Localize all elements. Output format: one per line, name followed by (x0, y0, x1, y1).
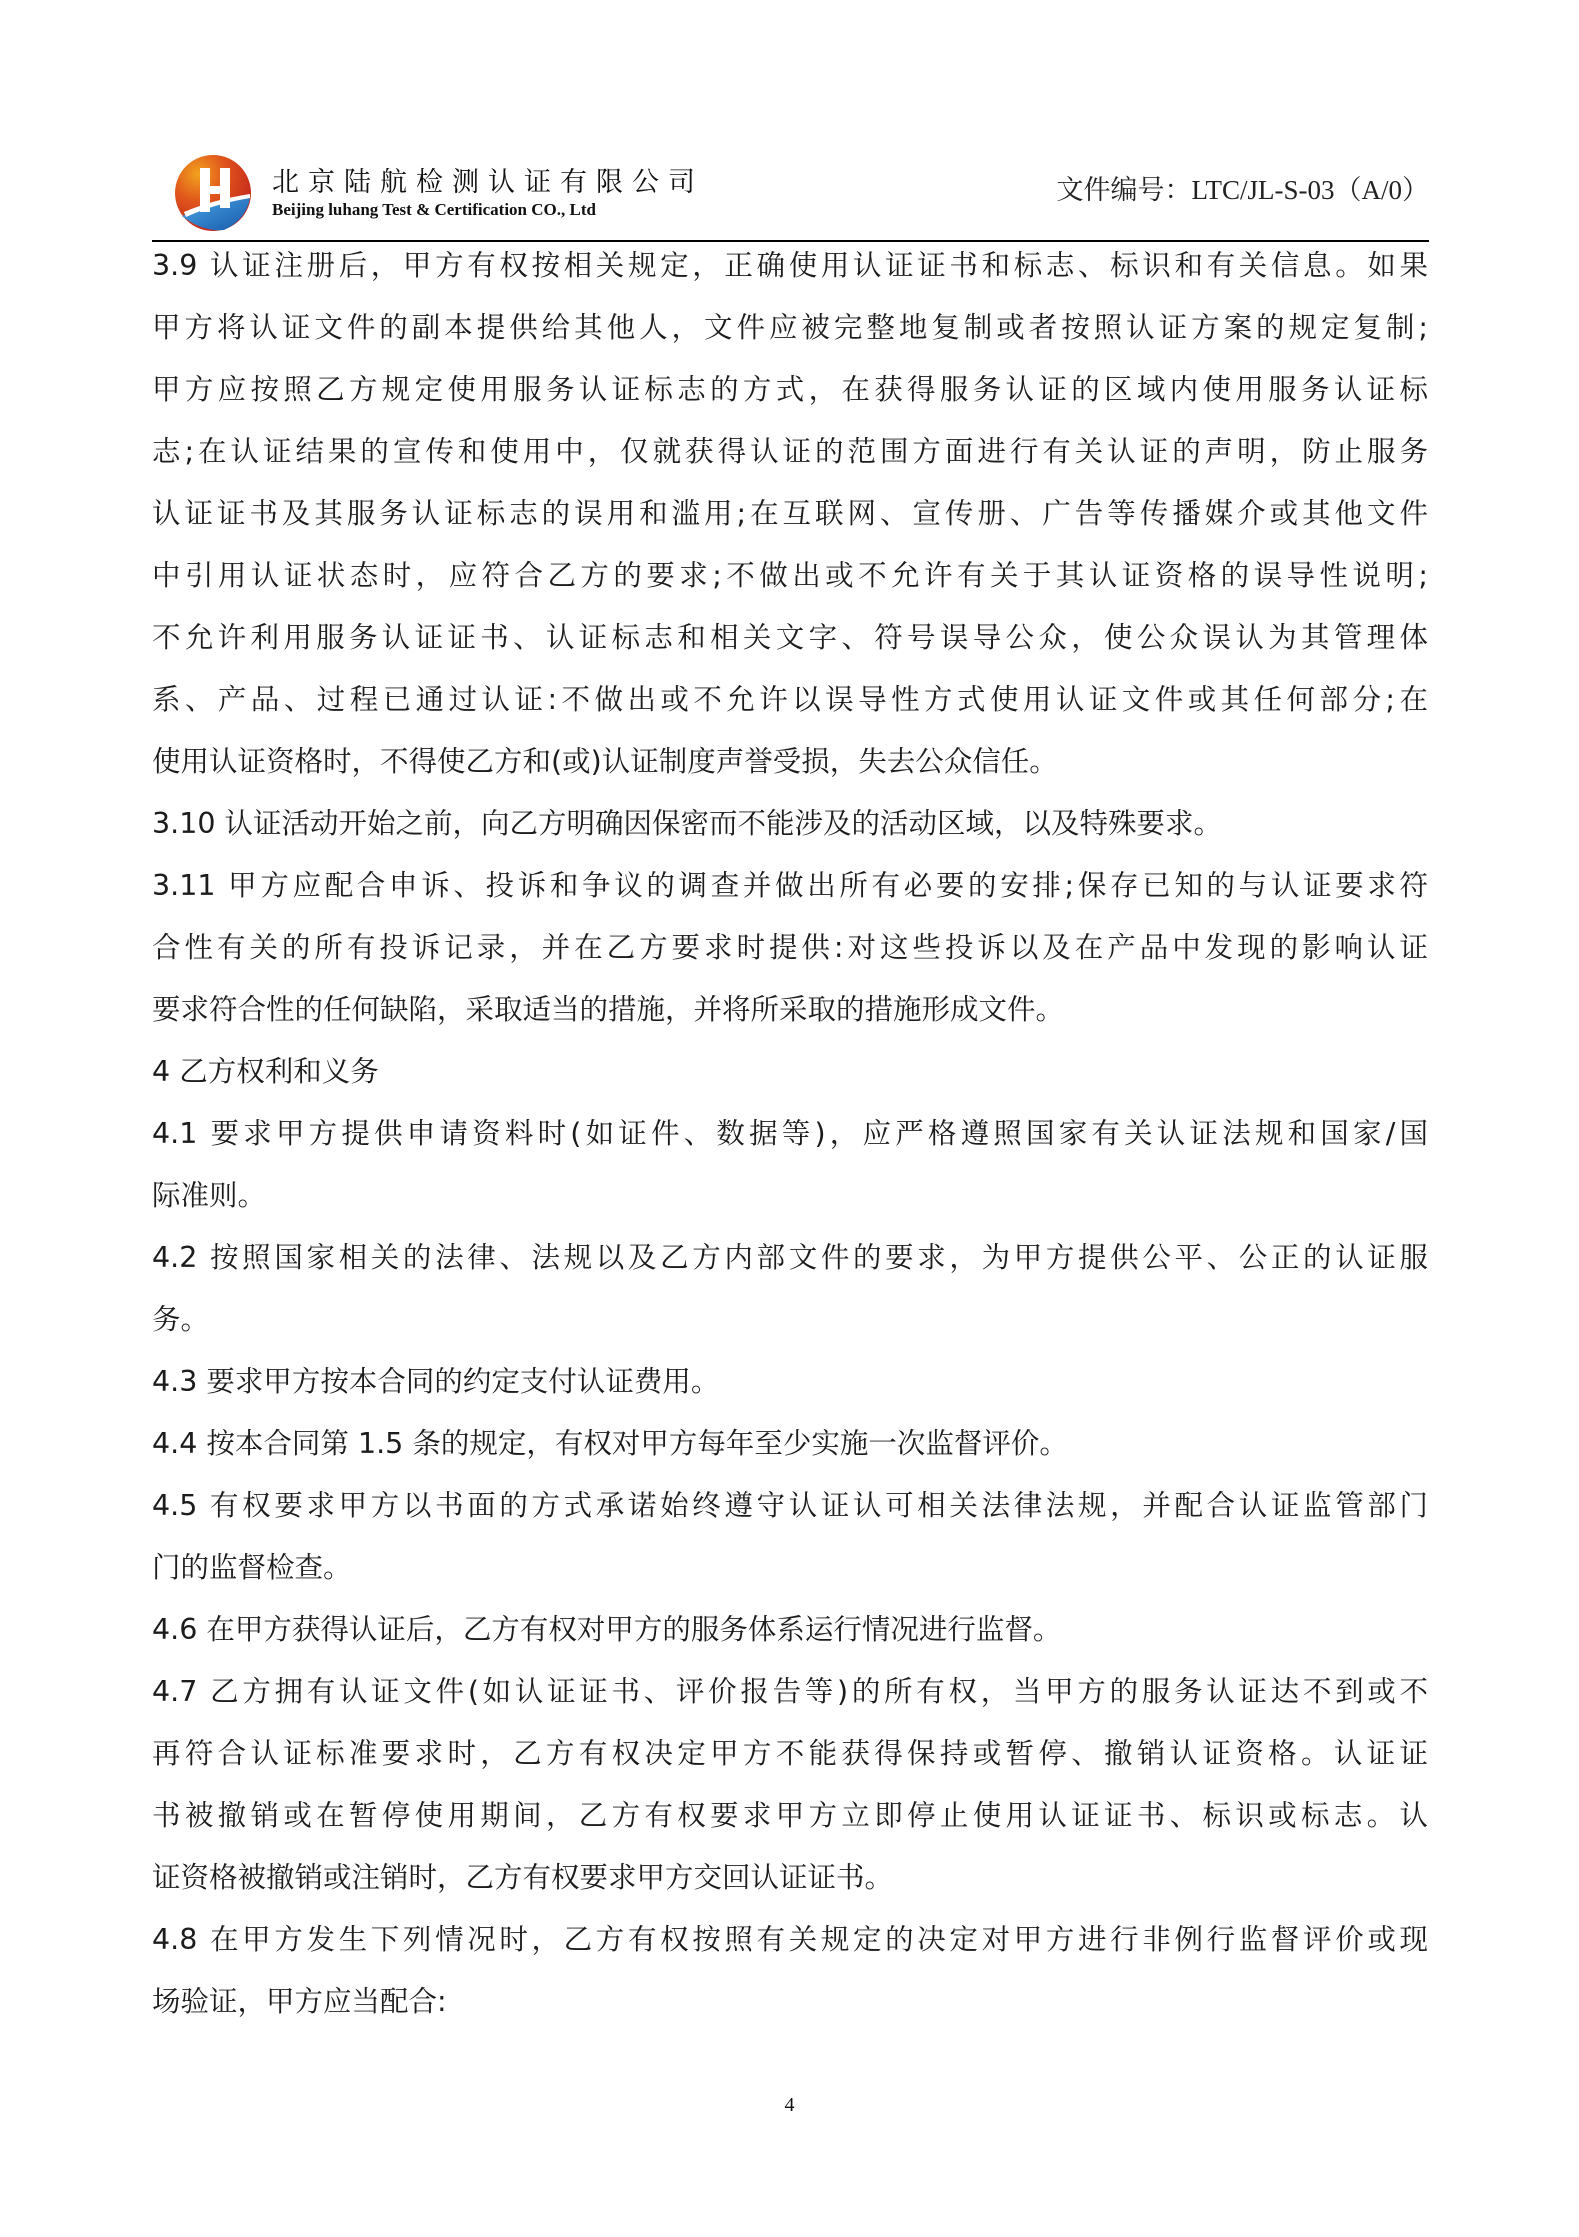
document-number: 文件编号：LTC/JL-S-03（A/0） (1056, 168, 1429, 207)
text-line: 使用认证资格时，不得使乙方和(或)认证制度声誉受损，失去公众信任。 (152, 731, 1428, 793)
text-line: 要求符合性的任何缺陷，采取适当的措施，并将所采取的措施形成文件。 (152, 979, 1428, 1041)
text-line: 再符合认证标准要求时，乙方有权决定甲方不能获得保持或暂停、撤销认证资格。认证证 (152, 1723, 1428, 1785)
text-line: 4.3 要求甲方按本合同的约定支付认证费用。 (152, 1351, 1428, 1413)
text-line: 证资格被撤销或注销时，乙方有权要求甲方交回认证证书。 (152, 1847, 1428, 1909)
company-name-cn: 北京陆航检测认证有限公司 (272, 160, 704, 199)
text-line: 系、产品、过程已通过认证:不做出或不允许以误导性方式使用认证文件或其任何部分;在 (152, 669, 1428, 731)
text-line: 书被撤销或在暂停使用期间，乙方有权要求甲方立即停止使用认证证书、标识或标志。认 (152, 1785, 1428, 1847)
document-number-value: LTC/JL-S-03（A/0） (1191, 175, 1429, 205)
text-line: 4.4 按本合同第 1.5 条的规定，有权对甲方每年至少实施一次监督评价。 (152, 1413, 1428, 1475)
text-line: 门的监督检查。 (152, 1537, 1428, 1599)
text-line: 3.10 认证活动开始之前，向乙方明确因保密而不能涉及的活动区域，以及特殊要求。 (152, 793, 1428, 855)
company-name-en: Beijing luhang Test & Certification CO.,… (272, 200, 596, 220)
text-line: 4.8 在甲方发生下列情况时，乙方有权按照有关规定的决定对甲方进行非例行监督评价… (152, 1909, 1428, 1971)
text-line: 中引用认证状态时，应符合乙方的要求;不做出或不允许有关于其认证资格的误导性说明; (152, 545, 1428, 607)
text-line: 甲方将认证文件的副本提供给其他人，文件应被完整地复制或者按照认证方案的规定复制; (152, 297, 1428, 359)
company-logo-icon (174, 154, 252, 232)
text-line: 4.1 要求甲方提供申请资料时(如证件、数据等)，应严格遵照国家有关认证法规和国… (152, 1103, 1428, 1165)
text-line: 3.9 认证注册后，甲方有权按相关规定，正确使用认证证书和标志、标识和有关信息。… (152, 235, 1428, 297)
text-line: 4.5 有权要求甲方以书面的方式承诺始终遵守认证认可相关法律法规，并配合认证监管… (152, 1475, 1428, 1537)
text-line: 际准则。 (152, 1165, 1428, 1227)
page-number: 4 (0, 2094, 1579, 2117)
text-line: 不允许利用服务认证证书、认证标志和相关文字、符号误导公众，使公众误认为其管理体 (152, 607, 1428, 669)
text-line: 3.11 甲方应配合申诉、投诉和争议的调查并做出所有必要的安排;保存已知的与认证… (152, 855, 1428, 917)
text-line: 务。 (152, 1289, 1428, 1351)
text-line: 4.6 在甲方获得认证后，乙方有权对甲方的服务体系运行情况进行监督。 (152, 1599, 1428, 1661)
text-line: 志;在认证结果的宣传和使用中，仅就获得认证的范围方面进行有关认证的声明，防止服务 (152, 421, 1428, 483)
text-line: 4.7 乙方拥有认证文件(如认证证书、评价报告等)的所有权，当甲方的服务认证达不… (152, 1661, 1428, 1723)
text-line: 甲方应按照乙方规定使用服务认证标志的方式，在获得服务认证的区域内使用服务认证标 (152, 359, 1428, 421)
text-line: 合性有关的所有投诉记录，并在乙方要求时提供:对这些投诉以及在产品中发现的影响认证 (152, 917, 1428, 979)
text-line: 认证证书及其服务认证标志的误用和滥用;在互联网、宣传册、广告等传播媒介或其他文件 (152, 483, 1428, 545)
text-line: 4.2 按照国家相关的法律、法规以及乙方内部文件的要求，为甲方提供公平、公正的认… (152, 1227, 1428, 1289)
text-line: 4 乙方权利和义务 (152, 1041, 1428, 1103)
text-line: 场验证，甲方应当配合: (152, 1971, 1428, 2033)
document-body: 3.9 认证注册后，甲方有权按相关规定，正确使用认证证书和标志、标识和有关信息。… (152, 235, 1428, 2033)
document-number-label: 文件编号： (1056, 175, 1191, 205)
